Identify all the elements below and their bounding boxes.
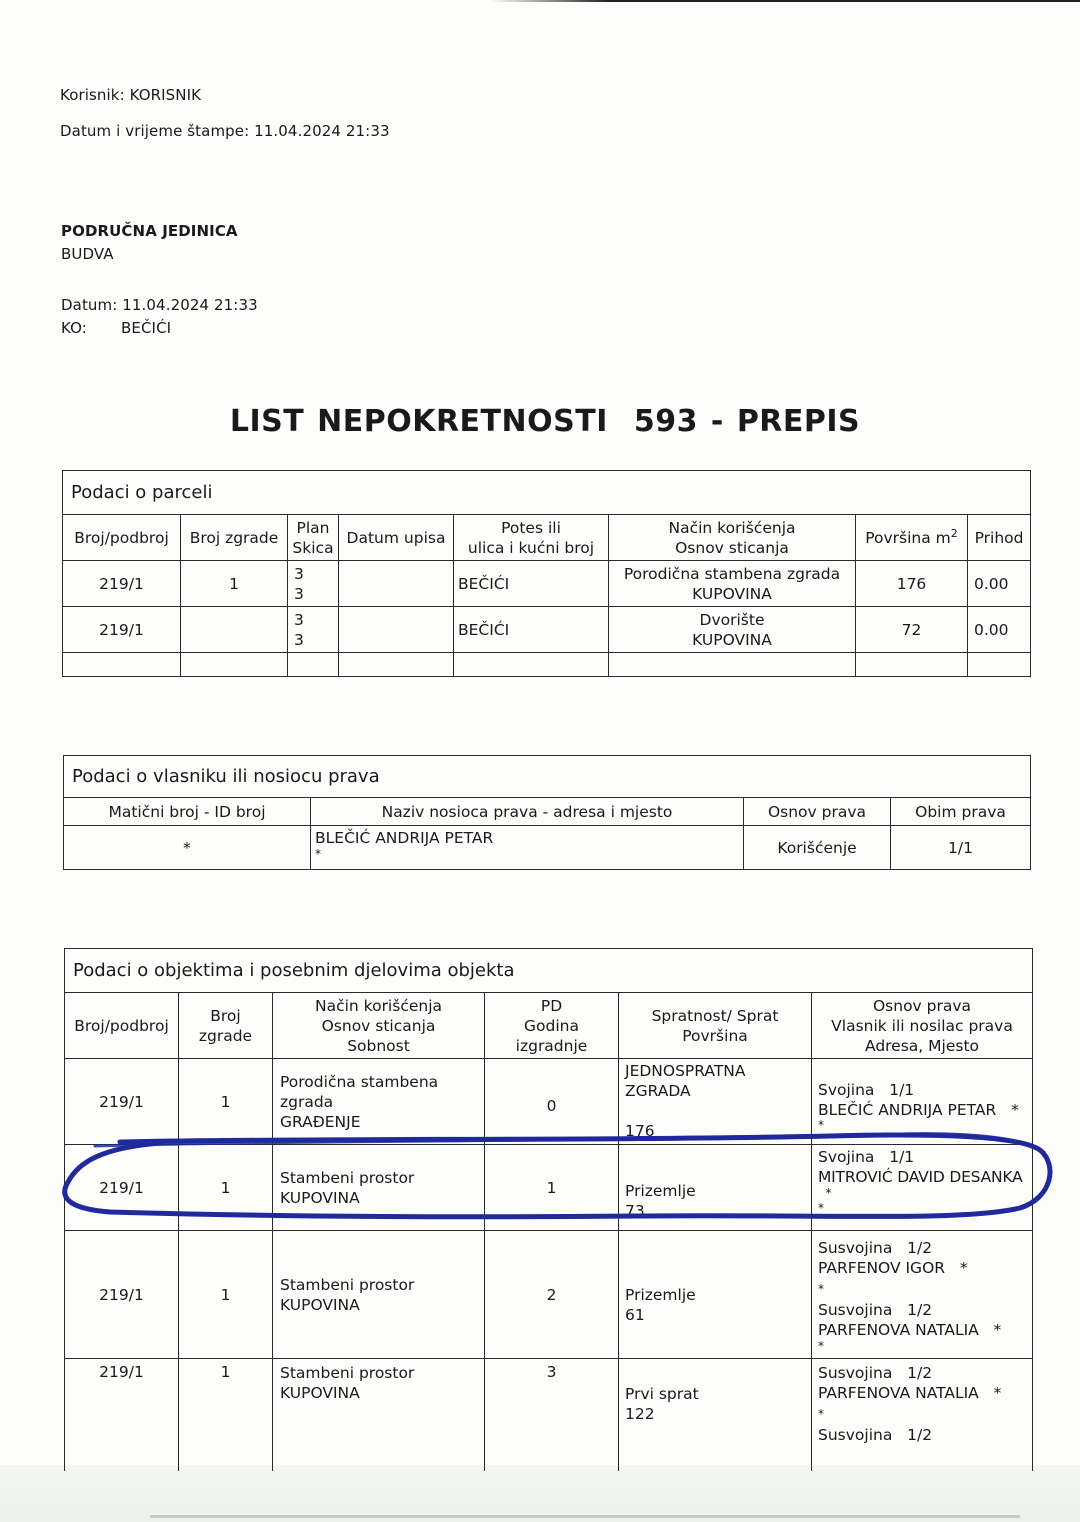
nacin-line: Stambeni prostor [280,1275,480,1295]
col-naziv-nosioca: Naziv nosioca prava - adresa i mjesto [311,798,744,826]
cell-plan: 3 [294,564,334,584]
col-povrsina-label: Površina m [865,529,951,547]
owner-extra: * [818,1199,1028,1217]
col-broj-zgrade: Brojzgrade [179,993,273,1059]
cell-broj-podbroj: 219/1 [65,1231,179,1359]
owner-section-title: Podaci o vlasniku ili nosiocu prava [64,756,1031,798]
print-datetime: Datum i vrijeme štampe: 11.04.2024 21:33 [60,122,390,140]
cell-povrsina: 176 [856,561,968,607]
cell-pd: 3 [485,1359,619,1471]
cell-potes: BEČIĆI [454,607,609,653]
cell-owners: Susvojina 1/2 PARFENOV IGOR * * Susvojin… [812,1231,1033,1359]
owner-header-row: Matični broj - ID broj Naziv nosioca pra… [64,798,1031,826]
nacin-line: Porodična stambena [280,1072,480,1092]
col-nacin-line2: Osnov sticanja [613,538,851,558]
owner-name: BLEČIĆ ANDRIJA PETAR [315,828,739,848]
col-sprat-line1: Spratnost/ Sprat [623,1006,807,1026]
col-pd-line1: PD [489,996,614,1016]
cell-broj-podbroj: 219/1 [65,1145,179,1231]
nacin-line: KUPOVINA [280,1383,480,1403]
col-obim-prava: Obim prava [891,798,1031,826]
cell-spratnost: Prizemlje 61 [619,1231,812,1359]
cell-spratnost: Prizemlje 73 [619,1145,812,1231]
cell-pd: 0 [485,1059,619,1145]
sprat-line: 61 [625,1305,807,1325]
owner-address: * [818,1278,1028,1300]
cell-broj-zgrade: 1 [179,1359,273,1471]
nacin-line: Stambeni prostor [280,1168,480,1188]
cell-broj-podbroj: 219/1 [65,1359,179,1471]
cell-datum-upisa [339,607,454,653]
col-povrsina: Površina m2 [856,515,968,561]
col-potes-line2: ulica i kućni broj [458,538,604,558]
col-nacin-line1: Način korišćenja [613,518,851,538]
objects-header-row: Broj/podbroj Brojzgrade Način korišćenja… [65,993,1033,1059]
parcel-row: 219/1 1 33 BEČIĆI Porodična stambena zgr… [63,561,1031,607]
cell-broj-podbroj: 219/1 [63,561,181,607]
cadastral-municipality: KO: BEČIĆI [61,319,171,337]
col-osnov-line1: Osnov prava [816,996,1028,1016]
col-potes: Potes ili ulica i kućni broj [454,515,609,561]
office-title: PODRUČNA JEDINICA [61,222,238,240]
col-prihod: Prihod [968,515,1031,561]
cell-skica: 3 [294,584,334,604]
ko-value: BEČIĆI [121,319,171,337]
owner-address: * [315,848,739,860]
title-main: LIST NEPOKRETNOSTI [230,404,608,439]
cell-spratnost: Prvi sprat 122 [619,1359,812,1471]
cell-plan-skica: 33 [288,607,339,653]
parcel-section-title: Podaci o parceli [63,471,1031,515]
cell-potes: BEČIĆI [454,561,609,607]
cell-plan-skica: 33 [288,561,339,607]
cell-prihod: 0.00 [968,561,1031,607]
col-nacin-line3: Sobnost [277,1036,480,1056]
col-povrsina-unit-sup: 2 [951,526,958,539]
col-broj-podbroj: Broj/podbroj [65,993,179,1059]
cell-broj-zgrade: 1 [179,1231,273,1359]
ko-label: KO: [61,319,121,337]
page-edge-shadow [490,0,1080,2]
owner-name: PARFENOVA NATALIA * [818,1320,1028,1340]
sprat-line: 73 [625,1201,807,1221]
col-nacin-line1: Način korišćenja [277,996,480,1016]
col-pd-line3: izgradnje [489,1036,614,1056]
title-number: 593 - PREPIS [634,404,860,439]
nacin-line: Stambeni prostor [280,1363,480,1383]
cell-broj-zgrade: 1 [179,1059,273,1145]
sprat-line: Prvi sprat [625,1384,807,1404]
cell-broj-podbroj: 219/1 [63,607,181,653]
owner-osnov: Susvojina 1/2 [818,1238,1028,1258]
sprat-line: 176 [625,1121,807,1141]
col-potes-line1: Potes ili [458,518,604,538]
owner-address: * [818,1340,1028,1352]
parcel-header-row: Broj/podbroj Broj zgrade Plan Skica Datu… [63,515,1031,561]
object-row: 219/1 1 Porodična stambena zgrada GRAĐEN… [65,1059,1033,1145]
cell-owners: Susvojina 1/2 PARFENOVA NATALIA * * Susv… [812,1359,1033,1471]
cell-obim-prava: 1/1 [891,826,1031,870]
col-nacin-koriscenja: Način korišćenja Osnov sticanja [609,515,856,561]
owner-name: BLEČIĆ ANDRIJA PETAR * [818,1100,1028,1120]
owner-osnov: Susvojina 1/2 [818,1425,1028,1445]
object-row-highlighted: 219/1 1 Stambeni prostor KUPOVINA 1 Priz… [65,1145,1033,1231]
office-city: BUDVA [61,245,114,263]
cell-plan: 3 [294,610,334,630]
document-date: Datum: 11.04.2024 21:33 [61,296,258,314]
objects-section-title: Podaci o objektima i posebnim djelovima … [65,949,1033,993]
parcel-row: 219/1 33 BEČIĆI DvorišteKUPOVINA 72 0.00 [63,607,1031,653]
cell-nacin: Porodična stambena zgradaKUPOVINA [609,561,856,607]
owner-osnov: Svojina 1/1 [818,1080,1028,1100]
col-spratnost: Spratnost/ SpratPovršina [619,993,812,1059]
cell-nacin: Porodična stambena zgrada GRAĐENJE [273,1059,485,1145]
col-broj-podbroj: Broj/podbroj [63,515,181,561]
cell-nacin: Stambeni prostor KUPOVINA [273,1145,485,1231]
cell-nacin-koriscenja: Porodična stambena zgrada [613,564,851,584]
sprat-line: 122 [625,1404,807,1424]
parcel-empty-row [63,653,1031,677]
sprat-spacer [625,1101,807,1121]
cell-nacin: DvorišteKUPOVINA [609,607,856,653]
parcel-table: Podaci o parceli Broj/podbroj Broj zgrad… [62,470,1031,677]
owner-name: PARFENOV IGOR * [818,1258,1028,1278]
sprat-line: JEDNOSPRATNA [625,1061,807,1081]
col-plan: Plan [290,518,336,538]
nacin-line: zgrada [280,1092,480,1112]
owner-osnov: Svojina 1/1 [818,1147,1028,1167]
owner-address: * [818,1187,1028,1199]
owner-table: Podaci o vlasniku ili nosiocu prava Mati… [63,755,1031,870]
owner-address: * [818,1403,1028,1425]
cell-datum-upisa [339,561,454,607]
cell-pd: 2 [485,1231,619,1359]
col-datum-upisa: Datum upisa [339,515,454,561]
col-plan-skica: Plan Skica [288,515,339,561]
user-line: Korisnik: KORISNIK [60,86,201,104]
col-pd-godina: PDGodinaizgradnje [485,993,619,1059]
object-row: 219/1 1 Stambeni prostor KUPOVINA 2 Priz… [65,1231,1033,1359]
cell-prihod: 0.00 [968,607,1031,653]
cell-spratnost: JEDNOSPRATNA ZGRADA 176 [619,1059,812,1145]
col-broj-zgrade-line2: zgrade [183,1026,268,1046]
page-bottom-shade [0,1465,1080,1522]
col-maticni-broj: Matični broj - ID broj [64,798,311,826]
owner-address: * [818,1120,1028,1130]
cell-maticni-broj: * [64,826,311,870]
col-skica: Skica [290,538,336,558]
cell-osnov-prava: Korišćenje [744,826,891,870]
owner-name: MITROVIĆ DAVID DESANKA [818,1167,1028,1187]
nacin-line: KUPOVINA [280,1188,480,1208]
cell-osnov-sticanja: KUPOVINA [613,630,851,650]
nacin-line: GRAĐENJE [280,1112,480,1132]
cell-broj-zgrade: 1 [181,561,288,607]
sprat-line: Prizemlje [625,1285,807,1305]
col-broj-zgrade: Broj zgrade [181,515,288,561]
col-osnov-prava: Osnov prava [744,798,891,826]
col-osnov-prava: Osnov pravaVlasnik ili nosilac pravaAdre… [812,993,1033,1059]
cell-nacin: Stambeni prostor KUPOVINA [273,1359,485,1471]
cell-povrsina: 72 [856,607,968,653]
nacin-line: KUPOVINA [280,1295,480,1315]
cell-nacin-koriscenja: Dvorište [613,610,851,630]
owner-row: * BLEČIĆ ANDRIJA PETAR* Korišćenje 1/1 [64,826,1031,870]
cell-owners: Svojina 1/1 MITROVIĆ DAVID DESANKA * * [812,1145,1033,1231]
col-sprat-line2: Površina [623,1026,807,1046]
sprat-line: Prizemlje [625,1181,807,1201]
cell-skica: 3 [294,630,334,650]
cell-nacin: Stambeni prostor KUPOVINA [273,1231,485,1359]
cell-naziv: BLEČIĆ ANDRIJA PETAR* [311,826,744,870]
owner-osnov: Susvojina 1/2 [818,1300,1028,1320]
cell-broj-zgrade: 1 [179,1145,273,1231]
cell-owners: Svojina 1/1 BLEČIĆ ANDRIJA PETAR * * [812,1059,1033,1145]
document-title: LIST NEPOKRETNOSTI593 - PREPIS [0,404,1080,439]
cell-pd: 1 [485,1145,619,1231]
owner-osnov: Susvojina 1/2 [818,1363,1028,1383]
col-nacin-koriscenja: Način korišćenjaOsnov sticanjaSobnost [273,993,485,1059]
cell-osnov-sticanja: KUPOVINA [613,584,851,604]
col-broj-zgrade-line1: Broj [183,1006,268,1026]
objects-table: Podaci o objektima i posebnim djelovima … [64,948,1033,1471]
col-pd-line2: Godina [489,1016,614,1036]
col-osnov-line3: Adresa, Mjesto [816,1036,1028,1056]
col-nacin-line2: Osnov sticanja [277,1016,480,1036]
sprat-line: ZGRADA [625,1081,807,1101]
cell-broj-podbroj: 219/1 [65,1059,179,1145]
cell-broj-zgrade [181,607,288,653]
object-row: 219/1 1 Stambeni prostor KUPOVINA 3 Prvi… [65,1359,1033,1471]
col-osnov-line2: Vlasnik ili nosilac prava [816,1016,1028,1036]
owner-name: PARFENOVA NATALIA * [818,1383,1028,1403]
